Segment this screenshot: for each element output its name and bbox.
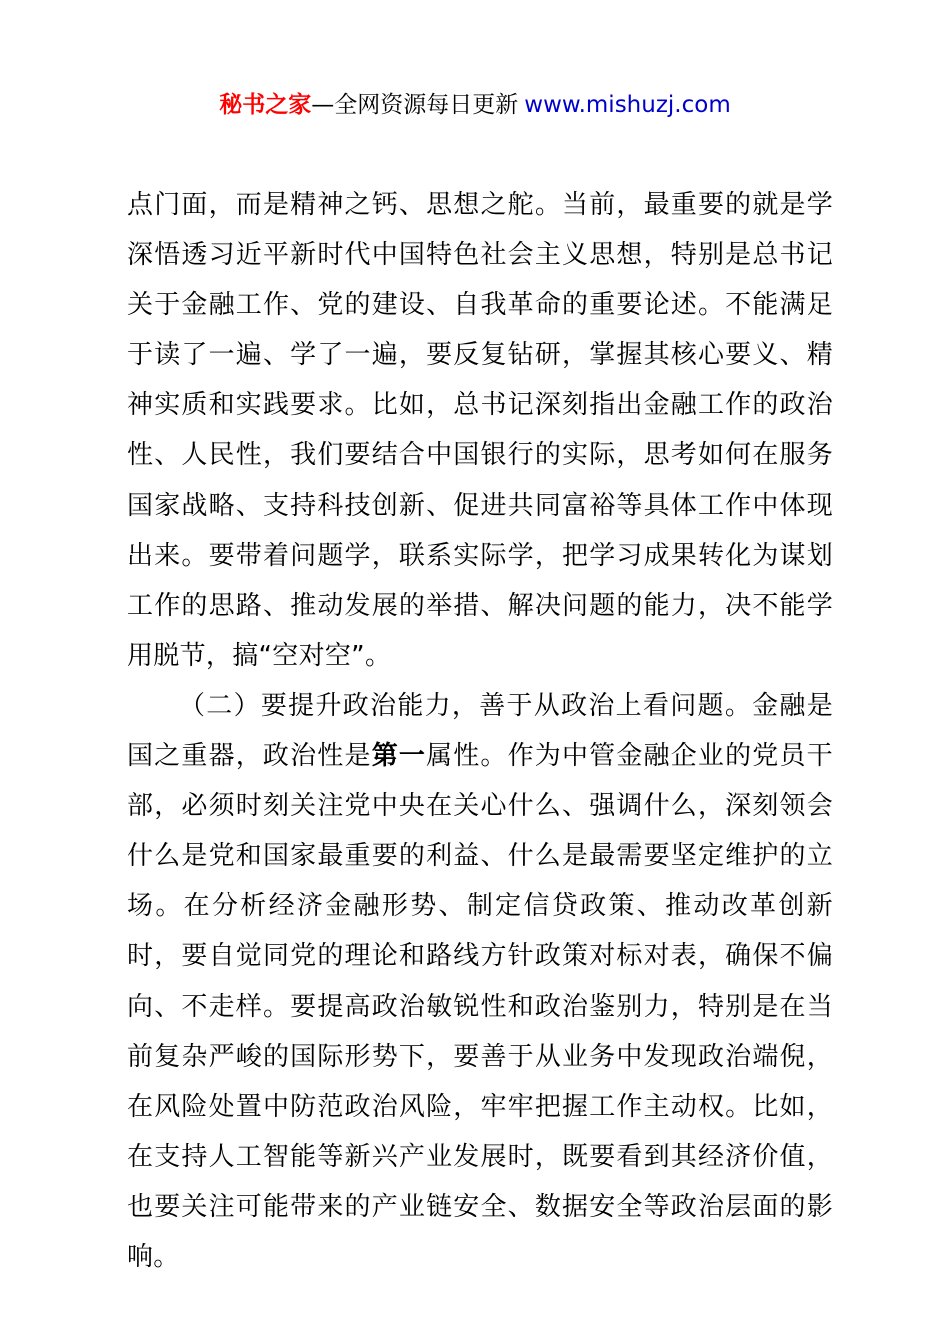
site-slogan: —全网资源每日更新: [311, 92, 518, 118]
brand-name: 秘书之家: [219, 92, 311, 118]
paragraph-continuation: 点门面，而是精神之钙、思想之舵。当前，最重要的就是学深悟透习近平新时代中国特色社…: [127, 180, 833, 681]
bold-emphasis: 第一: [372, 741, 426, 771]
paragraph-text: 属性。作为中管金融企业的党员干部，必须时刻关注党中央在关心什么、强调什么，深刻领…: [127, 741, 833, 1272]
document-body: 点门面，而是精神之钙、思想之舵。当前，最重要的就是学深悟透习近平新时代中国特色社…: [127, 180, 833, 1282]
site-header: 秘书之家—全网资源每日更新www.mishuzj.com: [0, 88, 950, 122]
paragraph-section-two: （二）要提升政治能力，善于从政治上看问题。金融是国之重器，政治性是第一属性。作为…: [127, 681, 833, 1282]
site-url-link[interactable]: www.mishuzj.com: [524, 92, 730, 118]
